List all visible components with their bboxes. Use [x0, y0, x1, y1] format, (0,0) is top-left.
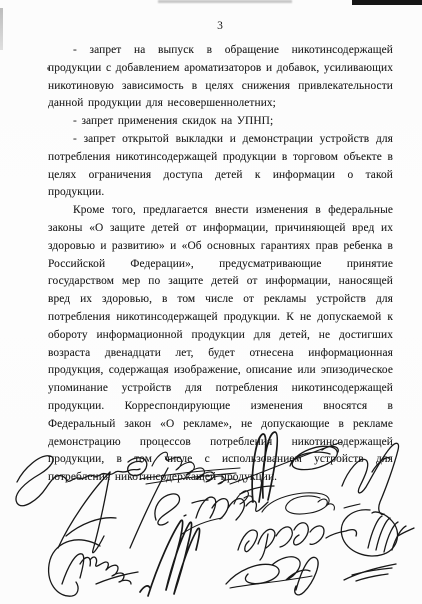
paragraph-ban-display: - запрет открытой выкладки и демонстраци…: [48, 131, 393, 202]
signature-11: [238, 523, 357, 560]
paragraph-ban-release: - запрет на выпуск в обращение никотинсо…: [48, 42, 393, 113]
document-body: - запрет на выпуск в обращение никотинсо…: [48, 42, 393, 487]
document-page: 3 - запрет на выпуск в обращение никотин…: [0, 0, 422, 604]
signature-1: [16, 456, 147, 506]
signatures-block: [0, 424, 422, 604]
scan-artifact-top-smudge: [158, 0, 292, 3]
page-number: 3: [48, 20, 392, 32]
scan-artifact-left-strip: [0, 8, 3, 50]
signature-14: [344, 564, 396, 581]
paragraph-ban-discounts: - запрет применения скидок на УПНП;: [48, 113, 393, 131]
signature-10: [140, 518, 222, 596]
signature-4: [290, 446, 338, 469]
signature-13: [226, 557, 318, 595]
signature-5: [342, 443, 399, 514]
signature-3: [230, 432, 342, 504]
signature-2: [140, 452, 240, 484]
scan-artifact-black-bar: [352, 0, 422, 5]
signature-8: [262, 493, 360, 514]
signature-12: [341, 510, 414, 556]
